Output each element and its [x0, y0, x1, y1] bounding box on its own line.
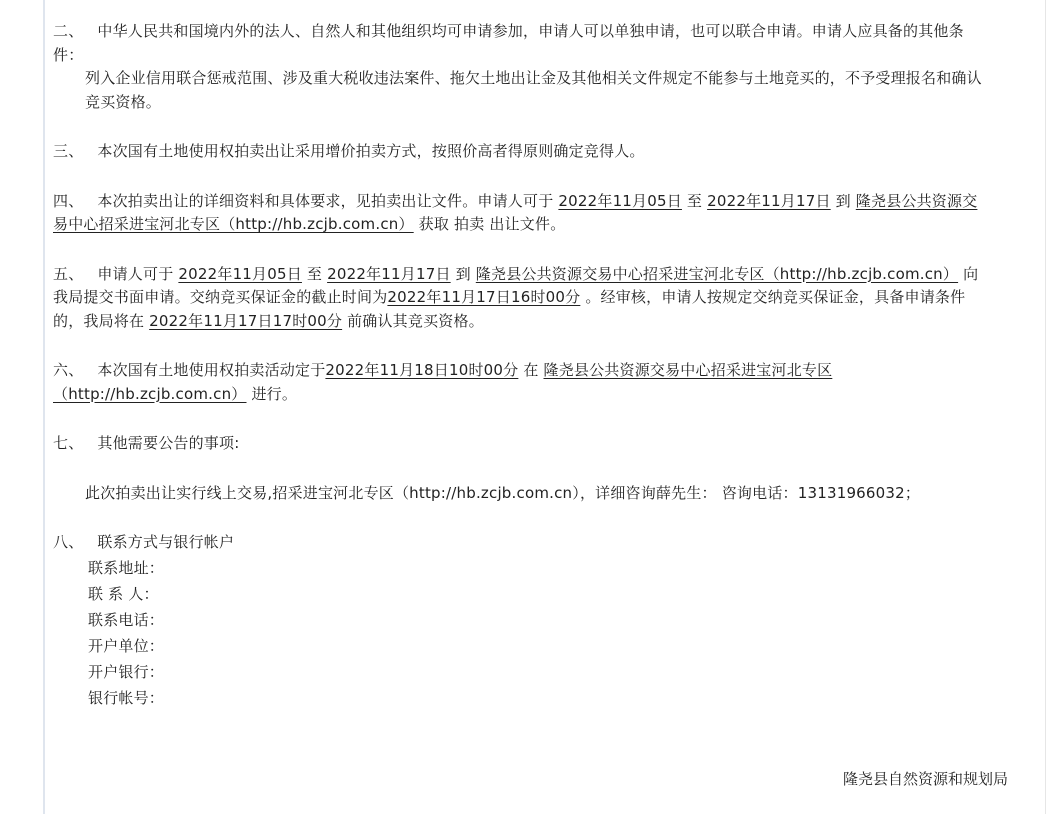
- section-text: 中华人民共和国境内外的法人、自然人和其他组织均可申请参加，申请人可以单独申请，也…: [53, 22, 964, 64]
- section-6: 六、本次国有土地使用权拍卖活动定于2022年11月18日10时00分 在 隆尧县…: [53, 359, 991, 406]
- announcement-body: 二、中华人民共和国境内外的法人、自然人和其他组织均可申请参加，申请人可以单独申请…: [53, 20, 991, 711]
- date-start-link[interactable]: 2022年11月05日: [558, 192, 682, 210]
- field-account-number: 银行帐号：: [88, 685, 991, 711]
- text: 至: [687, 192, 702, 210]
- text: 获取 拍卖 出让文件。: [419, 215, 566, 233]
- section-title: 联系方式与银行帐户: [97, 533, 234, 551]
- section-2: 二、中华人民共和国境内外的法人、自然人和其他组织均可申请参加，申请人可以单独申请…: [53, 20, 991, 67]
- section-number: 八、: [53, 533, 83, 551]
- section-4: 四、本次拍卖出让的详细资料和具体要求，见拍卖出让文件。申请人可于 2022年11…: [53, 190, 991, 237]
- auction-time-link[interactable]: 2022年11月18日10时00分: [325, 361, 518, 379]
- confirm-time-link[interactable]: 2022年11月17日17时00分: [149, 312, 342, 330]
- section-number: 五、: [53, 265, 83, 283]
- section-7-text: 此次拍卖出让实行线上交易,招采进宝河北专区（http://hb.zcjb.com…: [53, 482, 991, 506]
- text: 本次国有土地使用权拍卖活动定于: [97, 361, 325, 379]
- field-address: 联系地址：: [88, 555, 991, 581]
- text: 前确认其竞买资格。: [347, 312, 484, 330]
- text: 至: [307, 265, 322, 283]
- section-8: 八、联系方式与银行帐户: [53, 531, 991, 555]
- venue-link[interactable]: 隆尧县公共资源交易中心招采进宝河北专区（http://hb.zcjb.com.c…: [476, 265, 958, 283]
- field-phone: 联系电话：: [88, 607, 991, 633]
- section-7: 七、其他需要公告的事项:: [53, 432, 991, 456]
- field-account-holder: 开户单位：: [88, 633, 991, 659]
- field-bank: 开户银行：: [88, 659, 991, 685]
- date-end-link[interactable]: 2022年11月17日: [707, 192, 831, 210]
- section-number: 二、: [53, 22, 83, 40]
- text: 到: [456, 265, 471, 283]
- section-number: 四、: [53, 192, 83, 210]
- text: 到: [836, 192, 851, 210]
- section-text: 本次拍卖出让的详细资料和具体要求，见拍卖出让文件。申请人可于: [97, 192, 553, 210]
- section-2-conditions: 列入企业信用联合惩戒范围、涉及重大税收违法案件、拖欠土地出让金及其他相关文件规定…: [53, 67, 991, 114]
- section-number: 三、: [53, 142, 83, 160]
- section-title: 其他需要公告的事项:: [97, 434, 239, 452]
- text: 申请人可于: [97, 265, 173, 283]
- contact-fields: 联系地址： 联 系 人： 联系电话： 开户单位： 开户银行： 银行帐号：: [53, 555, 991, 711]
- text: 进行。: [251, 385, 297, 403]
- field-contact-person: 联 系 人：: [88, 581, 991, 607]
- text: 在: [523, 361, 538, 379]
- section-number: 六、: [53, 361, 83, 379]
- signature: 隆尧县自然资源和规划局: [843, 768, 1008, 789]
- date-start-link[interactable]: 2022年11月05日: [178, 265, 302, 283]
- document-frame: 二、中华人民共和国境内外的法人、自然人和其他组织均可申请参加，申请人可以单独申请…: [43, 0, 1046, 814]
- section-3: 三、本次国有土地使用权拍卖出让采用增价拍卖方式，按照价高者得原则确定竞得人。: [53, 140, 991, 164]
- section-text: 本次国有土地使用权拍卖出让采用增价拍卖方式，按照价高者得原则确定竞得人。: [97, 142, 644, 160]
- section-5: 五、申请人可于 2022年11月05日 至 2022年11月17日 到 隆尧县公…: [53, 263, 991, 334]
- section-number: 七、: [53, 434, 83, 452]
- deposit-deadline-link[interactable]: 2022年11月17日16时00分: [387, 288, 580, 306]
- date-end-link[interactable]: 2022年11月17日: [327, 265, 451, 283]
